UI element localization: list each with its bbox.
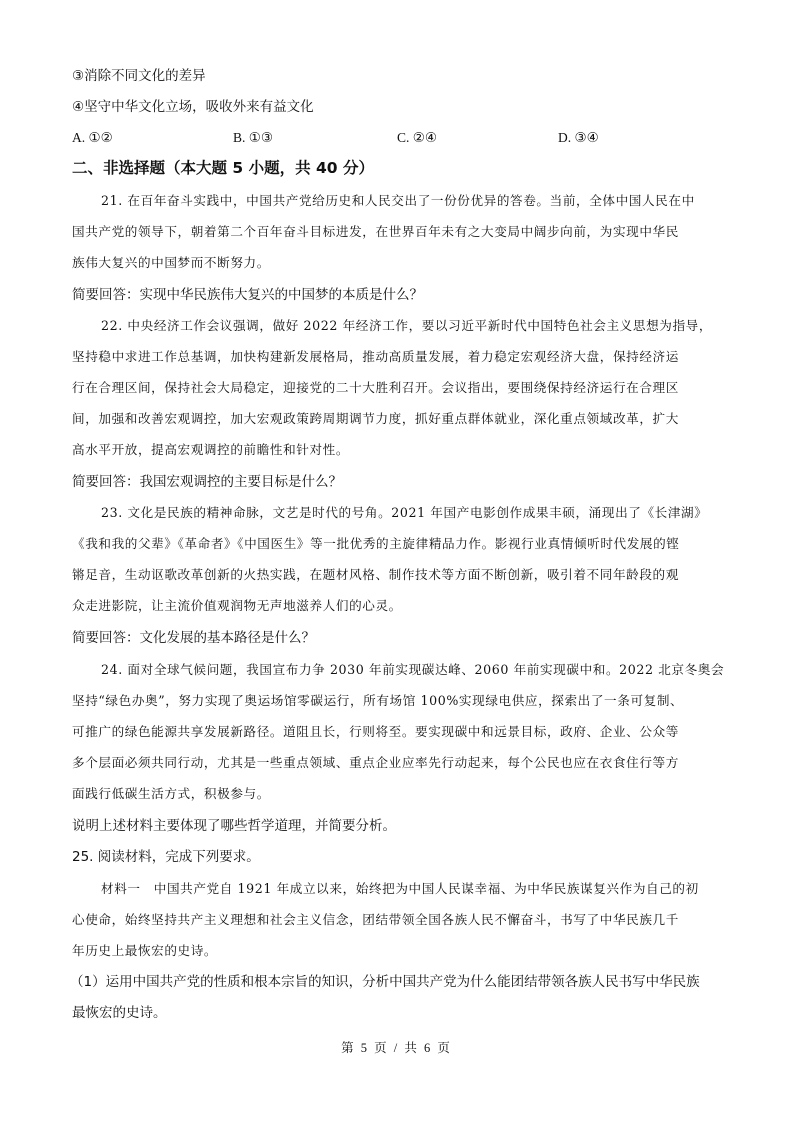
q21-line: 国共产党的领导下，朝着第二个百年奋斗目标进发，在世界百年未有之大变局中阔步向前，… <box>72 222 679 242</box>
q24-prompt: 说明上述材料主要体现了哪些哲学道理，并简要分析。 <box>72 816 396 836</box>
q22-line: 高水平开放，提高宏观调控的前瞻性和针对性。 <box>72 440 349 460</box>
q23-prompt: 简要回答：文化发展的基本路径是什么？ <box>72 628 315 648</box>
option-item-3: ③消除不同文化的差异 <box>72 66 206 86</box>
q22-line: 22. 中央经济工作会议强调，做好 2022 年经济工作，要以习近平新时代中国特… <box>101 316 712 336</box>
option-item-4: ④坚守中华文化立场，吸收外来有益文化 <box>72 97 314 117</box>
q21-line: 族伟大复兴的中国梦而不断努力。 <box>72 253 270 273</box>
q22-line: 坚持稳中求进工作总基调，加快构建新发展格局，推动高质量发展，着力稳定宏观经济大盘… <box>72 347 679 367</box>
choice-a: A. ①② <box>72 128 113 148</box>
q24-line: 可推广的绿色能源共享发展新路径。道阻且长，行则将至。要实现碳中和远景目标，政府、… <box>72 722 679 742</box>
q21-prompt: 简要回答：实现中华民族伟大复兴的中国梦的本质是什么？ <box>72 285 423 305</box>
q22-prompt: 简要回答：我国宏观调控的主要目标是什么？ <box>72 472 342 492</box>
q24-line: 坚持“绿色办奥”，努力实现了奥运场馆零碳运行，所有场馆 100%实现绿电供应，探… <box>72 691 683 711</box>
q25-title: 25. 阅读材料，完成下列要求。 <box>72 847 260 867</box>
q21-line: 21. 在百年奋斗实践中，中国共产党给历史和人民交出了一份份优异的答卷。当前，全… <box>101 191 695 211</box>
q25-material-line: 心使命，始终坚持共产主义理想和社会主义信念，团结带领全国各族人民不懈奋斗，书写了… <box>72 910 679 930</box>
q23-line: 锵足音，生动讴歌改革创新的火热实践，在题材风格、制作技术等方面不断创新，吸引着不… <box>72 565 679 585</box>
q25-material-line: 年历史上最恢宏的史诗。 <box>72 941 217 961</box>
q25-sub1-line: （1）运用中国共产党的性质和根本宗旨的知识，分析中国共产党为什么能团结带领各族人… <box>70 972 700 992</box>
q24-line: 24. 面对全球气候问题，我国宣布力争 2030 年前实现碳达峰、2060 年前… <box>101 660 724 680</box>
q25-material-line: 材料一 中国共产党自 1921 年成立以来，始终把为中国人民谋幸福、为中华民族谋… <box>101 879 699 899</box>
q24-line: 面践行低碳生活方式，积极参与。 <box>72 784 270 804</box>
choice-b: B. ①③ <box>233 128 273 148</box>
section-heading: 二、非选择题（本大题 5 小题，共 40 分） <box>72 158 374 178</box>
q23-line: 众走进影院，让主流价值观润物无声地滋养人们的心灵。 <box>72 596 402 616</box>
choice-d: D. ③④ <box>558 128 599 148</box>
q25-sub1-line: 最恢宏的史诗。 <box>72 1003 167 1023</box>
choice-c: C. ②④ <box>397 128 437 148</box>
q24-line: 多个层面必须共同行动，尤其是一些重点领域、重点企业应率先行动起来，每个公民也应在… <box>72 753 679 773</box>
q23-line: 《我和我的父辈》《革命者》《中国医生》等一批优秀的主旋律精品力作。影视行业真情倾… <box>72 534 680 554</box>
q23-line: 23. 文化是民族的精神命脉，文艺是时代的号角。2021 年国产电影创作成果丰硕… <box>101 503 707 523</box>
page-footer: 第 5 页 / 共 6 页 <box>0 1038 793 1056</box>
q22-line: 间，加强和改善宏观调控，加大宏观政策跨周期调节力度，抓好重点群体就业，深化重点领… <box>72 409 679 429</box>
q22-line: 行在合理区间，保持社会大局稳定，迎接党的二十大胜利召开。会议指出，要围绕保持经济… <box>72 378 679 398</box>
